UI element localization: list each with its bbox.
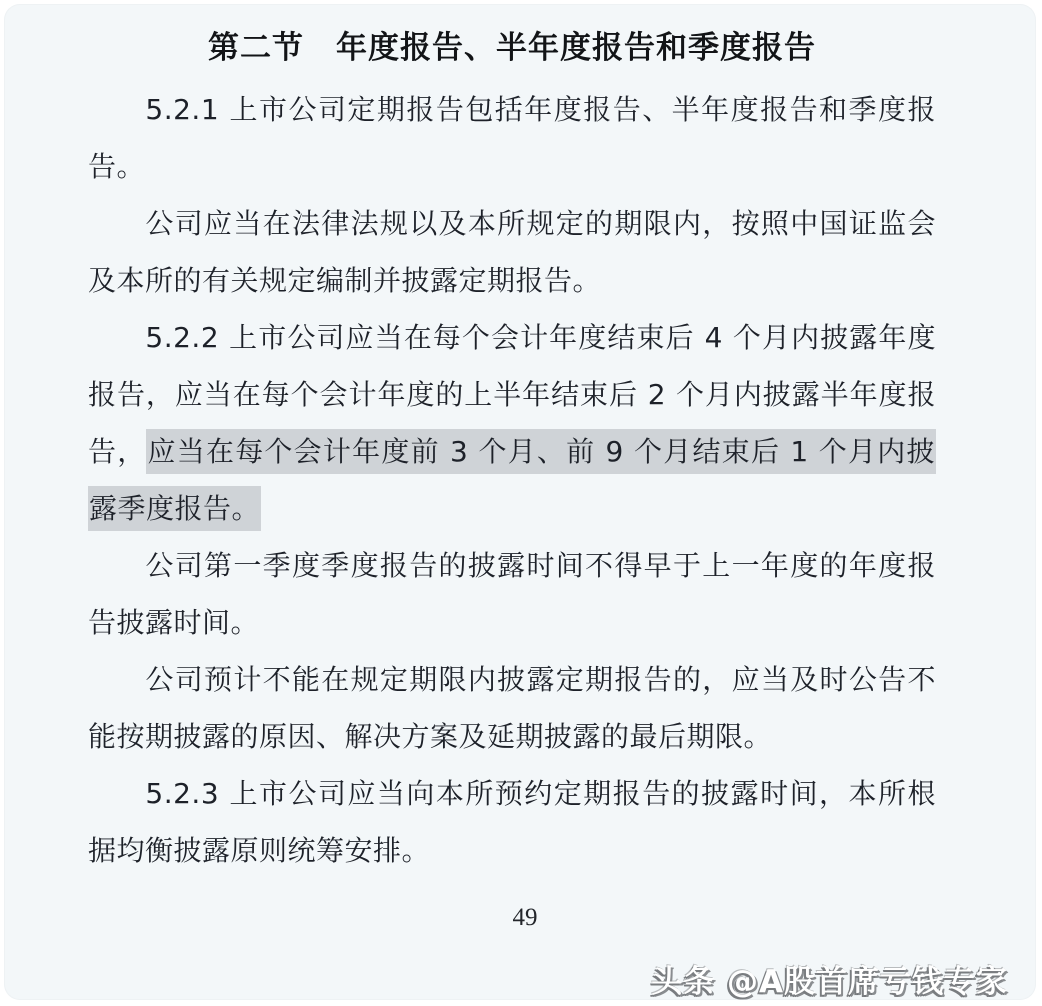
paragraph-5-2-2: 5.2.2 上市公司应当在每个会计年度结束后 4 个月内披露年度报告，应当在每个… (88, 309, 936, 537)
watermark: 头条 @A股首席亏钱专家 (651, 956, 1008, 1001)
paragraph-5-2-3: 5.2.3 上市公司应当向本所预约定期报告的披露时间，本所根据均衡披露原则统筹安… (88, 765, 936, 879)
page-content: 第二节 年度报告、半年度报告和季度报告 5.2.1 上市公司定期报告包括年度报告… (88, 22, 936, 879)
page-number: 49 (4, 904, 1042, 932)
paragraph-5-2-1: 5.2.1 上市公司定期报告包括年度报告、半年度报告和季度报告。 (88, 81, 936, 195)
document-page: 第二节 年度报告、半年度报告和季度报告 5.2.1 上市公司定期报告包括年度报告… (4, 4, 1036, 1000)
section-title: 第二节 年度报告、半年度报告和季度报告 (88, 22, 936, 67)
paragraph-disclosure-deadline: 公司应当在法律法规以及本所规定的期限内，按照中国证监会及本所的有关规定编制并披露… (88, 195, 936, 309)
paragraph-q1-report-timing: 公司第一季度季度报告的披露时间不得早于上一年度的年度报告披露时间。 (88, 537, 936, 651)
body-text: 5.2.1 上市公司定期报告包括年度报告、半年度报告和季度报告。 公司应当在法律… (88, 81, 936, 879)
paragraph-delay-announcement: 公司预计不能在规定期限内披露定期报告的，应当及时公告不能按期披露的原因、解决方案… (88, 651, 936, 765)
highlighted-text: 应当在每个会计年度前 3 个月、前 9 个月结束后 1 个月内披露季度报告。 (88, 429, 936, 531)
